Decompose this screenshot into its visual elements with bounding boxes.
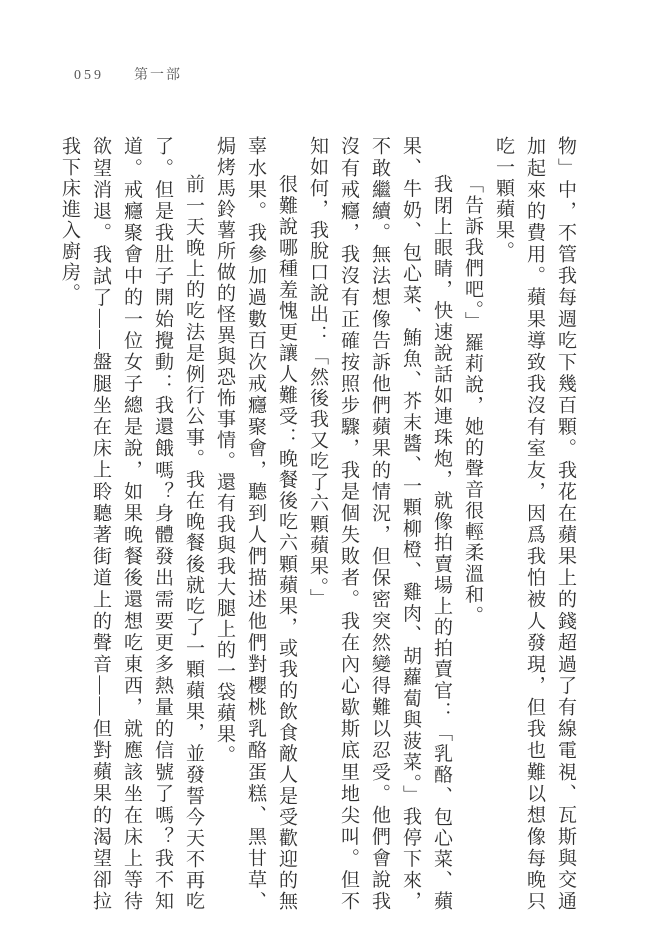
paragraph: 「告訴我們吧。」羅莉說，她的聲音很輕柔溫和。 — [457, 136, 488, 912]
page-number: 059 — [74, 68, 104, 84]
body-text: 物」中，不管我每週吃下幾百顆。我花在蘋果上的錢超過了有線電視、瓦斯與交通加起來的… — [57, 136, 581, 912]
paragraph: 物」中，不管我每週吃下幾百顆。我花在蘋果上的錢超過了有線電視、瓦斯與交通加起來的… — [488, 136, 581, 912]
running-head: 059 第一部 — [74, 64, 182, 84]
book-page: 059 第一部 物」中，不管我每週吃下幾百顆。我花在蘋果上的錢超過了有線電視、瓦… — [0, 0, 663, 932]
paragraph: 很難說哪種羞愧更讓人難受：晚餐後吃六顆蘋果，或我的飲食敵人是受歡迎的無辜水果。我… — [209, 136, 302, 912]
paragraph: 前一天晚上的吃法是例行公事。我在晚餐後就吃了一顆蘋果，並發誓今天不再吃了。但是我… — [54, 136, 209, 912]
part-title: 第一部 — [134, 64, 182, 84]
paragraph: 我閉上眼睛，快速說話如連珠炮，就像拍賣場上的拍賣官：「乳酪、包心菜、蘋果、牛奶、… — [302, 136, 457, 912]
